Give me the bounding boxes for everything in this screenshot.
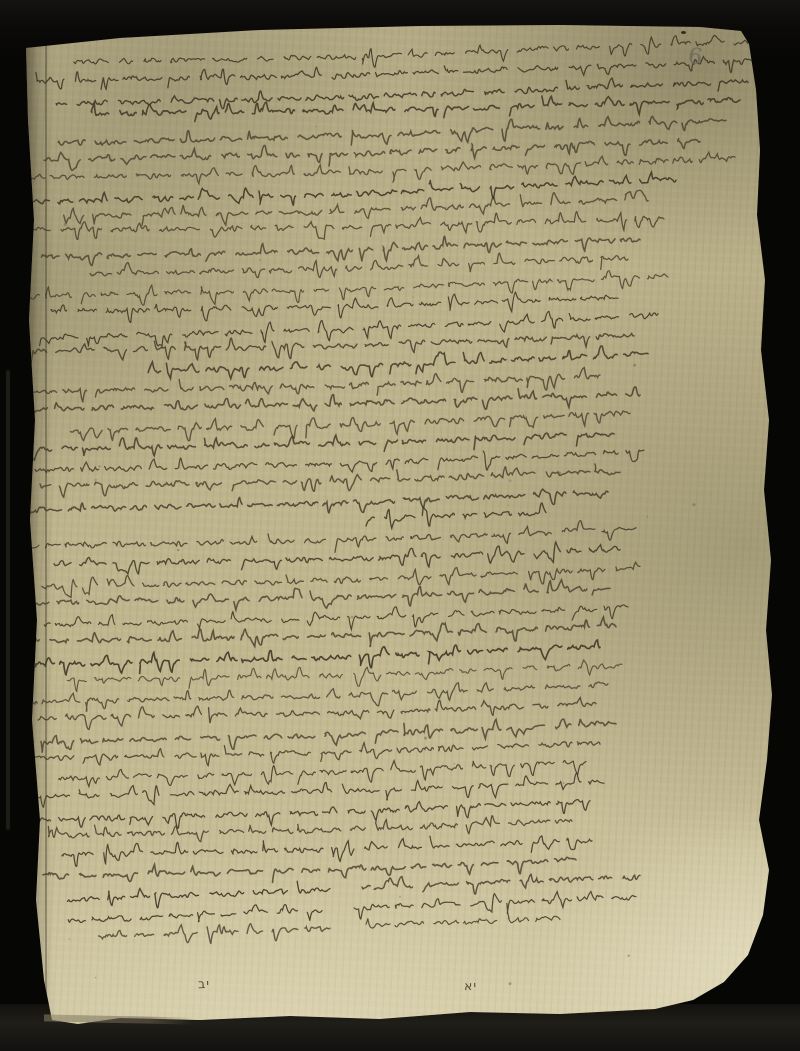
paper-speck <box>563 782 565 784</box>
paper-speck <box>399 896 401 898</box>
handwritten-text-block <box>0 0 800 1051</box>
paper-speck <box>508 505 509 506</box>
paper-speck <box>350 616 353 619</box>
paper-speck <box>692 503 695 506</box>
paper-speck <box>174 621 176 623</box>
paper-speck <box>633 364 636 367</box>
manuscript-page: 6 יב יא <box>0 0 800 1051</box>
paper-speck <box>508 982 511 985</box>
paper-speck <box>259 259 261 261</box>
paper-speck <box>558 472 561 475</box>
spine-edge-sliver <box>6 370 10 830</box>
paper-speck <box>251 560 253 562</box>
paper-speck <box>95 977 97 979</box>
paper-speck <box>509 479 512 482</box>
paper-speck <box>424 737 427 740</box>
page-number-pencil: 6 <box>686 44 720 74</box>
photo-backdrop: 6 יב יא <box>0 0 800 1051</box>
paper-speck <box>69 939 70 940</box>
paper-speck <box>412 297 414 299</box>
folio-mark-yod-alef: יא <box>464 978 478 993</box>
paper-speck <box>454 763 455 764</box>
paper-speck <box>98 465 100 467</box>
paper-speck <box>95 479 97 481</box>
folio-mark-yod-bet: יב <box>198 976 211 991</box>
paper-speck <box>647 516 649 518</box>
paper-speck <box>315 126 317 128</box>
paper-speck <box>381 867 382 868</box>
paper-speck <box>193 96 195 98</box>
paper-speck <box>627 954 630 957</box>
paper-speck <box>64 223 67 226</box>
paper-speck <box>177 549 179 551</box>
